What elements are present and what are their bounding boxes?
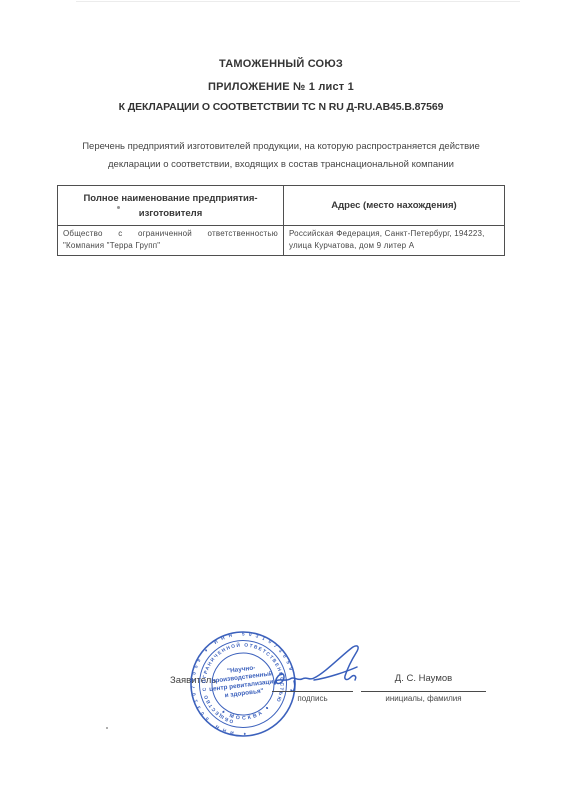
manufacturers-table: Полное наименование предприятия-изготови… [57, 185, 505, 256]
scanned-document-page: ТАМОЖЕННЫЙ СОЮЗ ПРИЛОЖЕНИЕ № 1 лист 1 К … [0, 0, 562, 800]
name-line [361, 691, 486, 692]
table-row: Общество с ограниченной ответственностью… [58, 226, 505, 256]
scan-dot-artifact [117, 206, 120, 209]
doc-title-customs-union: ТАМОЖЕННЫЙ СОЮЗ [0, 58, 562, 70]
signature-caption: подпись [272, 694, 353, 703]
handwritten-signature [263, 640, 373, 696]
doc-title-annex: ПРИЛОЖЕНИЕ № 1 лист 1 [0, 81, 562, 93]
doc-title-declaration-number: К ДЕКЛАРАЦИИ О СООТВЕТСТВИИ ТС N RU Д-RU… [0, 101, 562, 113]
signatory-name: Д. С. Наумов [361, 673, 486, 684]
scan-dot-artifact-2 [106, 727, 108, 729]
cell-manufacturer-name: Общество с ограниченной ответственностью… [58, 226, 284, 256]
cell-manufacturer-address: Российская Федерация, Санкт-Петербург, 1… [284, 226, 505, 256]
intro-text-line1: Перечень предприятий изготовителей проду… [0, 141, 562, 152]
name-caption: инициалы, фамилия [361, 694, 486, 703]
table-header-row: Полное наименование предприятия-изготови… [58, 186, 505, 226]
signature-line [272, 691, 353, 692]
intro-text-line2: декларации о соответствии, входящих в со… [0, 159, 562, 170]
scan-edge-artifact [76, 1, 520, 2]
column-header-manufacturer-name: Полное наименование предприятия-изготови… [58, 186, 284, 226]
column-header-address: Адрес (место нахождения) [284, 186, 505, 226]
